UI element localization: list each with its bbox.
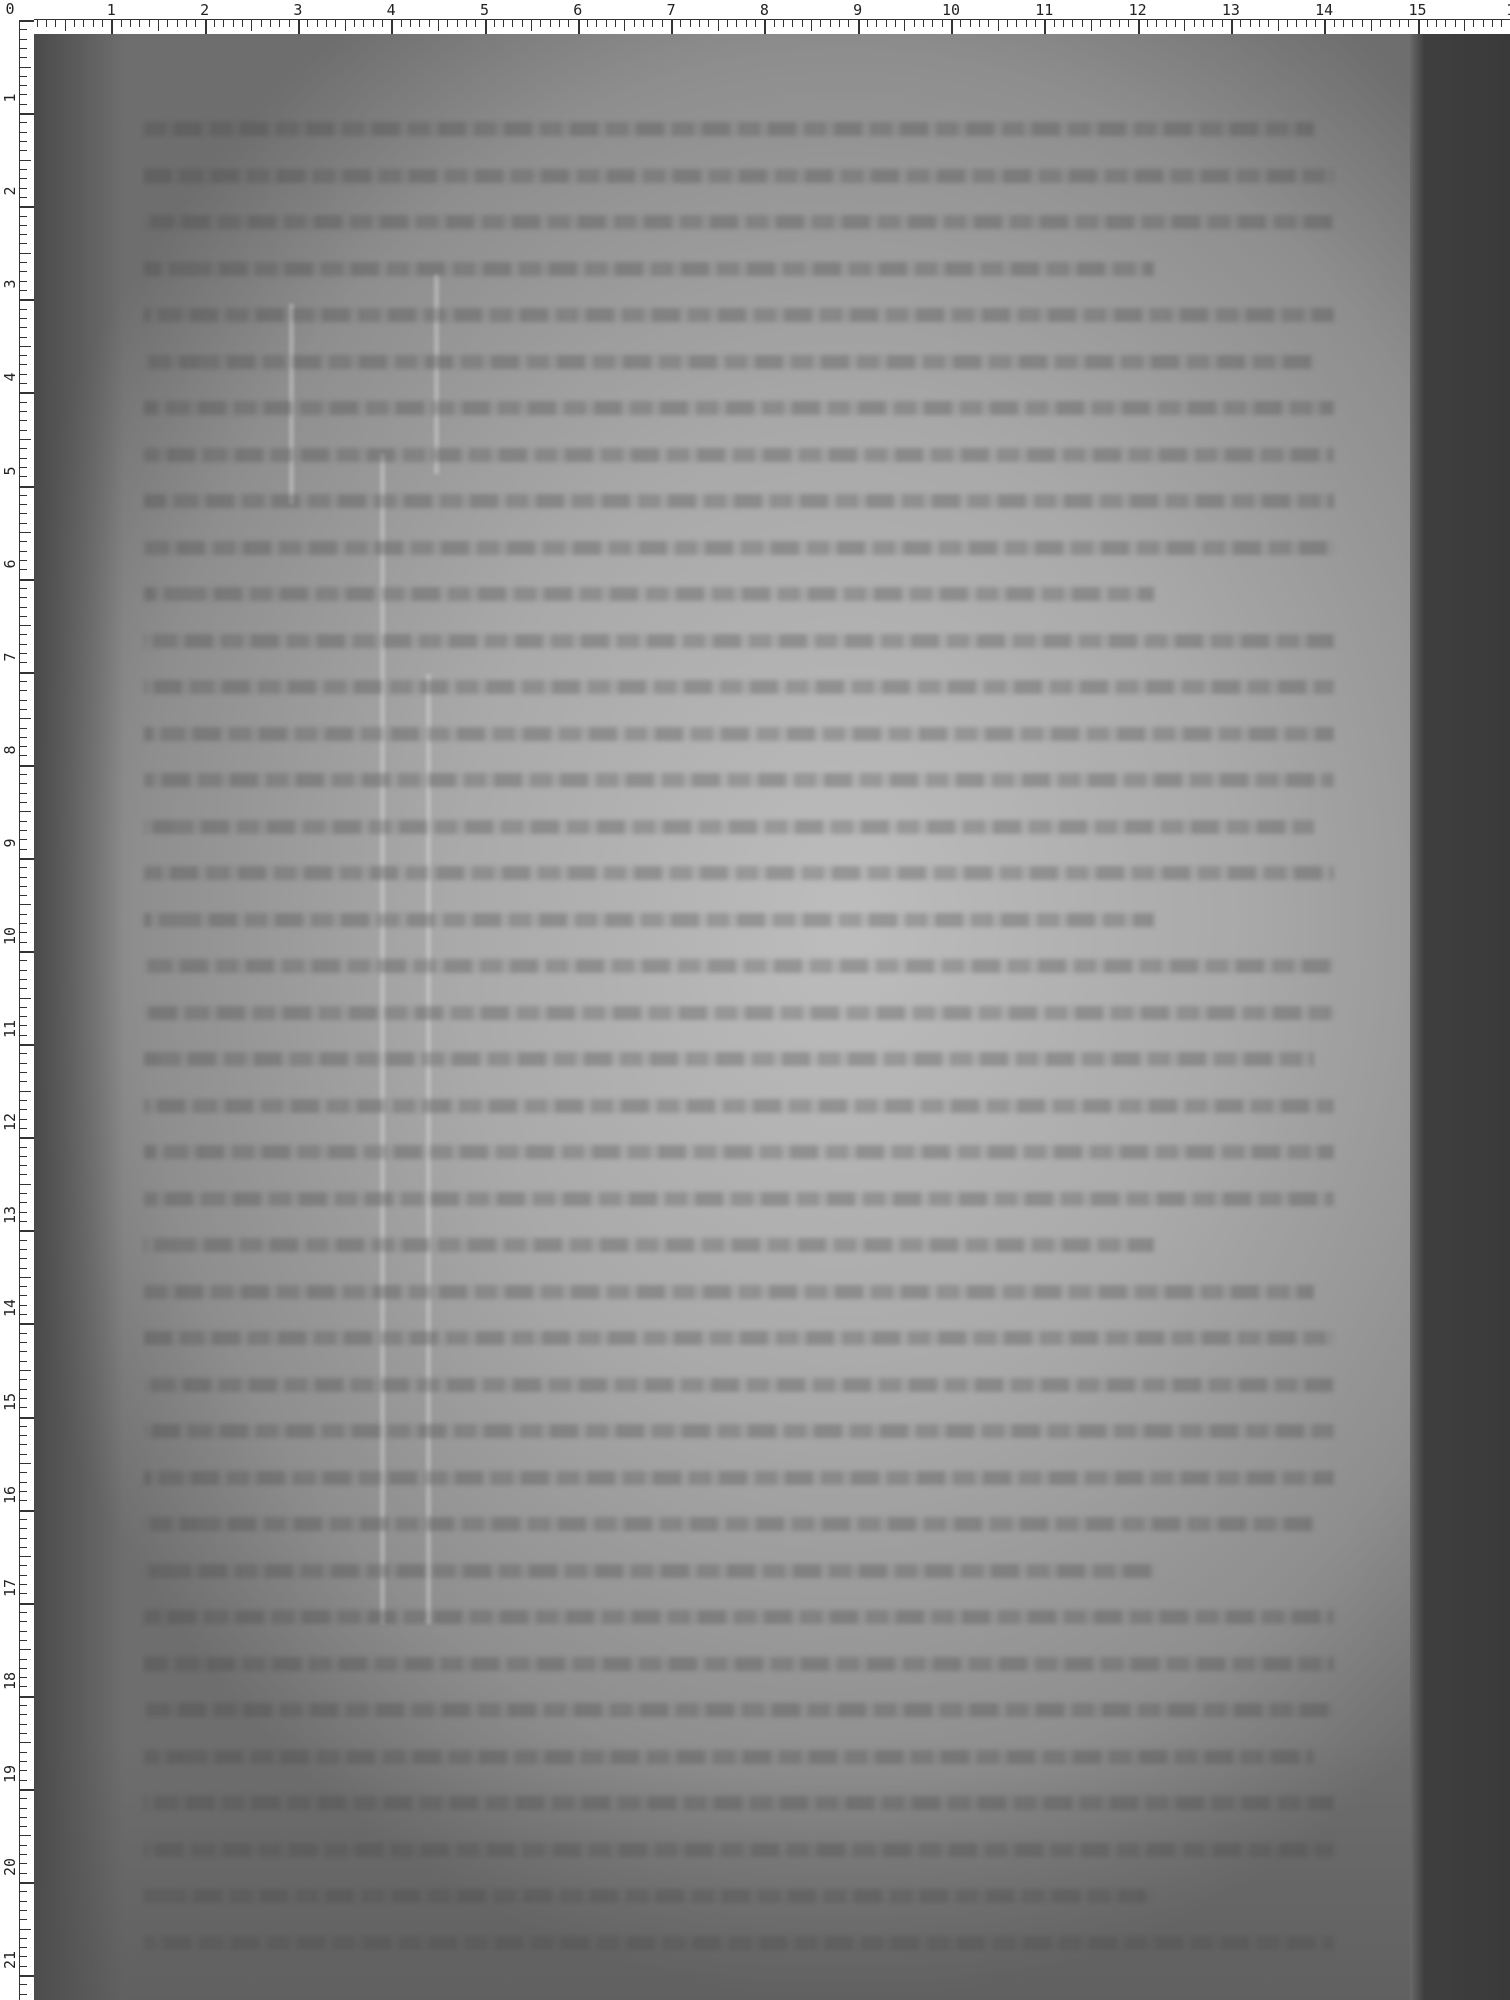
left-ruler-tick	[20, 327, 27, 328]
top-ruler-tick	[1203, 20, 1204, 27]
left-ruler-tick	[20, 1147, 27, 1148]
left-ruler-tick	[20, 1035, 27, 1036]
line-text: [illegible]	[144, 1374, 202, 1388]
line-text: [illegible]	[144, 1513, 202, 1527]
top-ruler-tick	[429, 20, 430, 27]
top-ruler-tick	[1352, 20, 1353, 27]
left-ruler-label: 9	[1, 833, 19, 853]
top-ruler-label: 3	[293, 1, 302, 19]
left-ruler-tick	[20, 1994, 27, 1995]
left-ruler-tick	[20, 178, 27, 179]
left-ruler-tick	[20, 821, 27, 822]
left-ruler-tick	[20, 867, 27, 868]
top-ruler-tick	[1147, 20, 1148, 27]
ink-smudge	[144, 1424, 1334, 1438]
left-ruler-tick	[20, 1295, 27, 1296]
left-ruler-tick	[20, 1398, 27, 1399]
left-ruler-tick	[20, 1454, 27, 1455]
top-ruler-tick	[942, 20, 943, 27]
top-ruler-tick	[1194, 20, 1195, 27]
top-ruler-label: 13	[1222, 1, 1240, 19]
top-ruler-tick	[55, 20, 56, 27]
left-ruler-tick	[20, 448, 27, 449]
line-text: [illegible]	[144, 1653, 202, 1667]
top-ruler-tick	[111, 20, 113, 34]
line-text: [illegible]	[144, 397, 202, 411]
left-ruler-tick	[20, 1342, 27, 1343]
top-ruler-tick	[662, 20, 663, 27]
left-ruler-tick	[20, 206, 34, 208]
left-ruler-tick	[20, 634, 27, 635]
left-ruler-tick	[20, 1612, 27, 1613]
top-ruler-tick	[1063, 20, 1064, 27]
left-ruler-label: 12	[1, 1112, 19, 1132]
left-ruler-tick	[20, 728, 27, 729]
left-ruler-tick	[20, 420, 27, 421]
top-ruler-tick	[1054, 20, 1055, 27]
line-text: [illegible]	[144, 723, 202, 737]
top-ruler-tick	[830, 20, 831, 27]
top-ruler-tick	[671, 20, 673, 34]
left-ruler-tick	[20, 20, 34, 22]
left-ruler-tick	[20, 1323, 34, 1325]
top-ruler-tick	[1445, 20, 1446, 27]
top-ruler-tick	[494, 20, 495, 27]
left-ruler-tick	[20, 1230, 34, 1232]
left-ruler-tick	[20, 709, 27, 710]
ink-smudge	[144, 1285, 1314, 1299]
top-ruler-tick	[1007, 20, 1008, 27]
top-ruler-tick	[1278, 20, 1279, 31]
ink-smudge	[144, 1192, 1334, 1206]
left-ruler-tick	[20, 346, 31, 347]
left-ruler-tick	[20, 1007, 27, 1008]
left-ruler-tick	[20, 141, 27, 142]
top-ruler-tick	[699, 20, 700, 27]
top-ruler-tick	[1362, 20, 1363, 27]
top-ruler-tick	[559, 20, 560, 27]
top-ruler-tick	[615, 20, 616, 27]
left-ruler-tick	[20, 411, 27, 412]
top-ruler-tick	[438, 20, 439, 31]
left-ruler-tick	[20, 1379, 27, 1380]
top-ruler-tick	[802, 20, 803, 27]
top-ruler-tick	[774, 20, 775, 27]
line-text: [illegible]	[144, 1699, 202, 1713]
manuscript-line: [illegible]	[144, 755, 1334, 802]
manuscript-line: [illegible]	[144, 151, 1334, 198]
manuscript-line: [illegible]	[144, 1592, 1334, 1639]
left-ruler-tick	[20, 1407, 27, 1408]
manuscript-line: [illegible]	[144, 1313, 1334, 1360]
line-text: [illegible]	[144, 583, 202, 597]
ink-smudge	[144, 1610, 1334, 1624]
left-ruler-tick	[20, 1742, 31, 1743]
left-ruler-tick	[20, 858, 34, 860]
top-ruler-tick	[233, 20, 234, 27]
manuscript-line: [illegible]	[144, 1360, 1334, 1407]
top-ruler-tick	[970, 20, 971, 27]
left-ruler-tick	[20, 1621, 27, 1622]
left-ruler-tick	[20, 681, 27, 682]
ink-smudge	[144, 355, 1314, 369]
left-ruler-tick	[20, 1826, 27, 1827]
left-ruler-tick	[20, 439, 31, 440]
manuscript-line: [illegible]	[144, 848, 1334, 895]
line-text: [illegible]	[144, 444, 202, 458]
left-ruler-tick	[20, 607, 27, 608]
top-ruler-tick	[1016, 20, 1017, 27]
top-ruler-tick	[223, 20, 224, 27]
top-ruler-tick	[540, 20, 541, 27]
line-text: [illegible]	[144, 165, 202, 179]
left-ruler-label: 7	[1, 647, 19, 667]
top-ruler-tick	[568, 20, 569, 27]
left-ruler-tick	[20, 1575, 27, 1576]
ink-smudge	[144, 680, 1334, 694]
left-ruler-tick	[20, 579, 34, 581]
top-ruler-tick	[1464, 20, 1465, 31]
left-ruler-tick	[20, 1240, 27, 1241]
line-text: [illegible]	[144, 769, 202, 783]
left-ruler-tick	[20, 1724, 27, 1725]
top-ruler-tick	[102, 20, 103, 27]
left-ruler-tick	[20, 1221, 27, 1222]
left-ruler-tick	[20, 486, 34, 488]
left-ruler-tick	[20, 1472, 27, 1473]
manuscript-line: [illegible]	[144, 197, 1334, 244]
left-ruler-tick	[20, 1538, 27, 1539]
left-ruler-tick	[20, 1808, 27, 1809]
left-ruler-tick	[20, 1929, 31, 1930]
left-ruler-tick	[20, 39, 27, 40]
left-ruler-label: 11	[1, 1019, 19, 1039]
top-ruler-tick	[1501, 20, 1502, 27]
top-ruler-label: 15	[1408, 1, 1426, 19]
line-text: [illegible]	[144, 816, 202, 830]
top-ruler-tick	[503, 20, 504, 27]
top-ruler-tick	[261, 20, 262, 27]
left-ruler-tick	[20, 1016, 27, 1017]
line-text: [illegible]	[144, 1281, 202, 1295]
manuscript-line: [illegible]	[144, 616, 1334, 663]
left-ruler-tick	[20, 48, 27, 49]
top-ruler-tick	[1306, 20, 1307, 27]
left-ruler-tick	[20, 560, 27, 561]
left-ruler-tick	[20, 951, 34, 953]
top-ruler-tick	[746, 20, 747, 27]
left-ruler-tick	[20, 1677, 27, 1678]
top-ruler-tick	[1418, 20, 1420, 34]
manuscript-line: [illegible]	[144, 895, 1334, 942]
top-ruler-tick	[867, 20, 868, 27]
left-ruler-tick	[20, 1351, 27, 1352]
line-text: [illegible]	[144, 1141, 202, 1155]
top-ruler-tick	[1371, 20, 1372, 31]
ink-smudge	[144, 1657, 1334, 1671]
top-ruler-tick	[1334, 20, 1335, 27]
left-ruler-tick	[20, 1780, 27, 1781]
top-ruler-tick	[783, 20, 784, 27]
top-ruler-tick	[755, 20, 756, 27]
top-ruler-tick	[904, 20, 905, 31]
left-ruler-tick	[20, 588, 27, 589]
manuscript-line: [illegible]	[144, 1267, 1334, 1314]
left-ruler-tick	[20, 1500, 27, 1501]
top-ruler: 01234567891011121314151	[0, 0, 1510, 34]
left-ruler-tick	[20, 672, 34, 674]
left-ruler-tick	[20, 1370, 31, 1371]
top-ruler-tick	[606, 20, 607, 27]
top-ruler-label: 12	[1129, 1, 1147, 19]
left-ruler-tick	[20, 895, 27, 896]
ink-smudge	[144, 820, 1314, 834]
top-ruler-tick	[1343, 20, 1344, 27]
line-text: [illegible]	[144, 955, 202, 969]
top-ruler-label: 7	[667, 1, 676, 19]
left-ruler-tick	[20, 430, 27, 431]
left-ruler-tick	[20, 1947, 27, 1948]
left-ruler-tick	[20, 1128, 27, 1129]
top-ruler-tick	[298, 20, 300, 34]
left-ruler-label: 21	[1, 1950, 19, 1970]
left-ruler-tick	[20, 1817, 27, 1818]
top-ruler-tick	[512, 20, 513, 27]
left-ruler-tick	[20, 1593, 27, 1594]
left-ruler-tick	[20, 113, 34, 115]
top-ruler-tick	[923, 20, 924, 27]
manuscript-line: [illegible]	[144, 988, 1334, 1035]
left-ruler-tick	[20, 122, 27, 123]
left-ruler-tick	[20, 830, 27, 831]
left-ruler-label: 4	[1, 367, 19, 387]
left-ruler-tick	[20, 392, 34, 394]
line-text: [illegible]	[144, 676, 202, 690]
left-ruler-label: 17	[1, 1578, 19, 1598]
line-text: [illegible]	[144, 1095, 202, 1109]
line-text: [illegible]	[144, 1188, 202, 1202]
left-ruler-tick	[20, 1873, 27, 1874]
ink-smudge	[144, 1331, 1334, 1345]
left-ruler-tick	[20, 1528, 27, 1529]
ink-smudge	[144, 1703, 1334, 1717]
left-ruler-tick	[20, 1389, 27, 1390]
left-ruler-tick	[20, 1966, 27, 1967]
left-ruler-tick	[20, 1053, 27, 1054]
top-ruler-tick	[373, 20, 374, 27]
manuscript-line: [illegible]	[144, 104, 1334, 151]
ink-smudge	[144, 215, 1334, 229]
top-ruler-label: 5	[480, 1, 489, 19]
top-ruler-tick	[410, 20, 411, 27]
left-ruler-tick	[20, 1659, 27, 1660]
left-ruler-tick	[20, 1286, 27, 1287]
top-ruler-tick	[121, 20, 122, 27]
line-text: [illegible]	[144, 1606, 202, 1620]
dark-right-margin	[1410, 34, 1510, 2000]
left-ruler-tick	[20, 532, 31, 533]
left-ruler-tick	[20, 700, 27, 701]
top-ruler-tick	[1408, 20, 1409, 27]
left-ruler-tick	[20, 774, 27, 775]
left-ruler-tick	[20, 1510, 34, 1512]
top-ruler-tick	[279, 20, 280, 27]
top-ruler-tick	[419, 20, 420, 27]
left-ruler-tick	[20, 1556, 31, 1557]
left-ruler-tick	[20, 1938, 27, 1939]
left-ruler-tick	[20, 1444, 27, 1445]
ink-smudge	[144, 401, 1334, 415]
left-ruler-tick	[20, 1686, 27, 1687]
top-ruler-tick	[485, 20, 487, 34]
top-ruler-tick	[876, 20, 877, 27]
manuscript-line: [illegible]	[144, 1453, 1334, 1500]
ink-smudge	[144, 1099, 1334, 1113]
left-ruler-tick	[20, 1091, 31, 1092]
top-ruler-tick	[345, 20, 346, 31]
top-ruler-tick	[652, 20, 653, 27]
left-ruler-tick	[20, 1025, 27, 1026]
left-ruler-tick	[20, 1565, 27, 1566]
top-ruler-tick	[596, 20, 597, 27]
left-ruler-tick	[20, 1305, 27, 1306]
left-ruler-tick	[20, 1956, 27, 1957]
left-ruler-label: 8	[1, 740, 19, 760]
top-ruler-tick	[895, 20, 896, 27]
top-ruler-tick	[65, 20, 66, 31]
top-ruler-tick	[391, 20, 393, 34]
left-ruler-tick	[20, 374, 27, 375]
top-ruler-tick	[531, 20, 532, 31]
ink-smudge	[144, 1052, 1314, 1066]
left-ruler-tick	[20, 355, 27, 356]
top-ruler-tick	[1324, 20, 1326, 34]
left-ruler-tick	[20, 225, 27, 226]
left-ruler-tick	[20, 1109, 27, 1110]
top-ruler-tick	[998, 20, 999, 31]
top-ruler-tick	[1427, 20, 1428, 27]
top-ruler-tick	[475, 20, 476, 27]
left-edge-shadow	[34, 34, 124, 2000]
top-ruler-tick	[1119, 20, 1120, 27]
left-ruler-tick	[20, 932, 27, 933]
left-ruler-tick	[20, 849, 27, 850]
top-ruler-tick	[1128, 20, 1129, 27]
left-ruler-tick	[20, 1752, 27, 1753]
line-text: [illegible]	[144, 1560, 202, 1574]
ink-smudge	[144, 308, 1334, 322]
left-ruler-tick	[20, 271, 27, 272]
ink-smudge	[144, 122, 1314, 136]
top-ruler-tick	[401, 20, 402, 27]
left-ruler-tick	[20, 1901, 27, 1902]
left-ruler-tick	[20, 1863, 27, 1864]
top-ruler-tick	[1072, 20, 1073, 27]
left-ruler-tick	[20, 1845, 27, 1846]
line-text: [illegible]	[144, 909, 202, 923]
left-ruler-tick	[20, 29, 27, 30]
top-ruler-tick	[457, 20, 458, 27]
left-ruler-tick	[20, 1491, 27, 1492]
left-ruler-tick	[20, 1426, 27, 1427]
top-ruler-tick	[1100, 20, 1101, 27]
left-ruler-tick	[20, 541, 27, 542]
top-ruler-tick	[363, 20, 364, 27]
manuscript-line: [illegible]	[144, 1081, 1334, 1128]
left-ruler-tick	[20, 234, 27, 235]
left-ruler-tick	[20, 1184, 31, 1185]
manuscript-line: [illegible]	[144, 1546, 1334, 1593]
top-ruler-tick	[634, 20, 635, 27]
left-ruler-tick	[20, 1100, 27, 1101]
left-ruler-tick	[20, 811, 31, 812]
top-ruler-tick	[37, 20, 38, 27]
top-ruler-tick	[578, 20, 580, 34]
manuscript-line: [illegible]	[144, 430, 1334, 477]
left-ruler-tick	[20, 914, 27, 915]
left-ruler-tick	[20, 718, 31, 719]
line-text: [illegible]	[144, 1048, 202, 1062]
top-ruler-label: 10	[942, 1, 960, 19]
left-ruler-tick	[20, 597, 27, 598]
top-ruler-tick	[177, 20, 178, 27]
left-ruler-tick	[20, 1798, 27, 1799]
top-ruler-tick	[270, 20, 271, 27]
line-text: [illegible]	[144, 211, 202, 225]
left-ruler-label: 5	[1, 461, 19, 481]
top-ruler-tick	[820, 20, 821, 27]
top-ruler-tick	[624, 20, 625, 31]
line-text: [illegible]	[144, 1234, 202, 1248]
top-ruler-tick	[811, 20, 812, 31]
line-text: [illegible]	[144, 1420, 202, 1434]
top-ruler-tick	[1492, 20, 1493, 27]
left-ruler-tick	[20, 839, 27, 840]
top-ruler-tick	[988, 20, 989, 27]
left-ruler-tick	[20, 1919, 27, 1920]
left-ruler-tick	[20, 886, 27, 887]
left-ruler-label: 3	[1, 274, 19, 294]
top-ruler-tick	[158, 20, 159, 31]
left-ruler-tick	[20, 1482, 27, 1483]
left-ruler-label: 14	[1, 1298, 19, 1318]
top-ruler-tick	[149, 20, 150, 27]
left-ruler-tick	[20, 1705, 27, 1706]
left-ruler: 0123456789101112131415161718192021	[0, 0, 34, 2000]
manuscript-line: [illegible]	[144, 1034, 1334, 1081]
left-ruler-tick	[20, 877, 27, 878]
ink-smudge	[144, 959, 1334, 973]
left-ruler-tick	[20, 1463, 31, 1464]
left-ruler-tick	[20, 513, 27, 514]
top-ruler-tick	[307, 20, 308, 27]
left-ruler-tick	[20, 495, 27, 496]
top-ruler-tick	[1044, 20, 1046, 34]
top-ruler-tick	[1296, 20, 1297, 27]
left-ruler-tick	[20, 1156, 27, 1157]
left-ruler-tick	[20, 616, 27, 617]
manuscript-line: [illegible]	[144, 1174, 1334, 1221]
left-ruler-tick	[20, 644, 27, 645]
left-ruler-label: 19	[1, 1764, 19, 1784]
left-ruler-tick	[20, 458, 27, 459]
top-ruler-tick	[46, 20, 47, 27]
top-ruler-tick	[718, 20, 719, 31]
top-ruler-label: 8	[760, 1, 769, 19]
left-ruler-label: 0	[0, 0, 20, 18]
top-ruler-tick	[550, 20, 551, 27]
ink-smudge	[144, 494, 1334, 508]
